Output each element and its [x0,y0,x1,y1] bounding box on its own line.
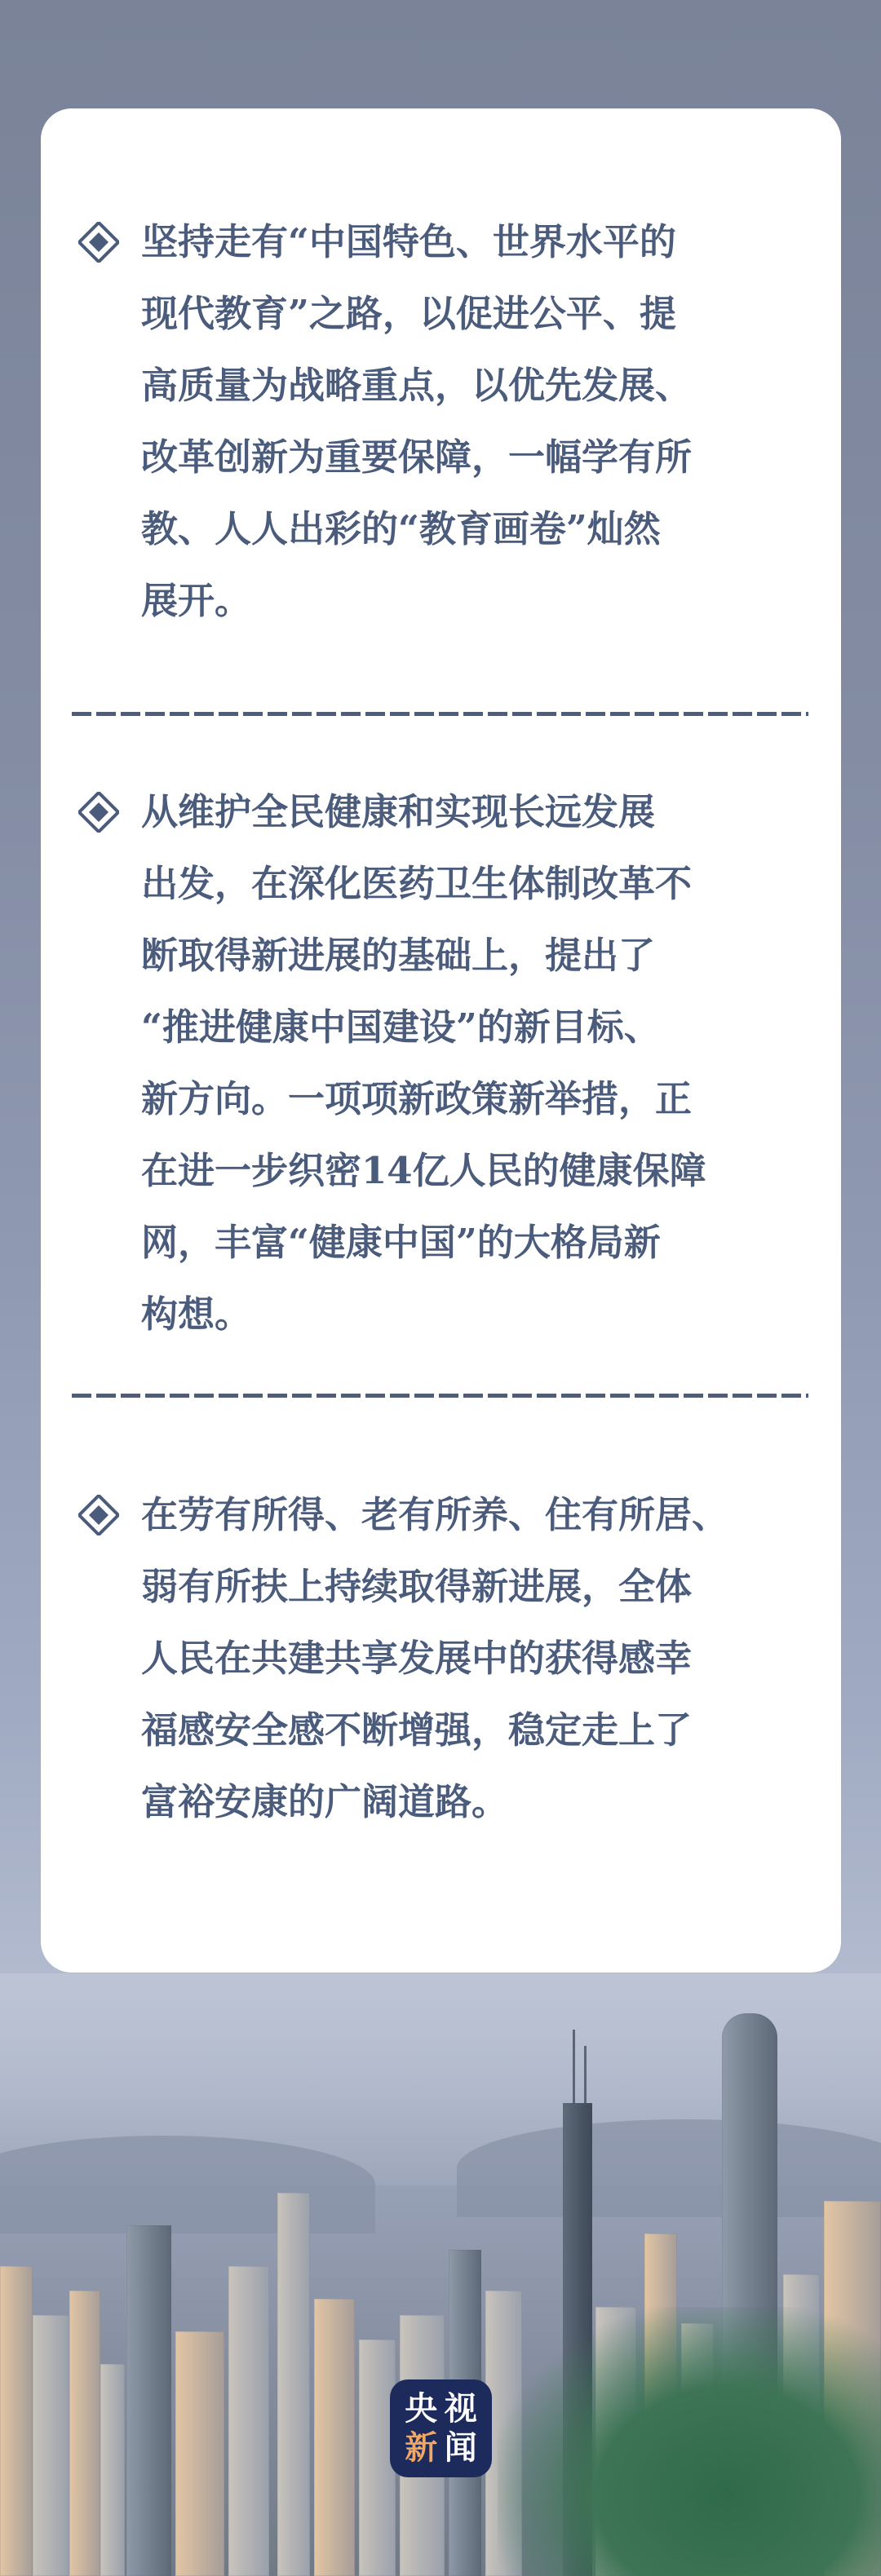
text-line: 教、人人出彩的“教育画卷”灿然 [141,493,773,565]
text-line: 断取得新进展的基础上，提出了 [141,920,773,992]
building [69,2291,100,2576]
text-line: 在进一步织密14亿人民的健康保障 [141,1135,773,1207]
spire [573,2030,575,2103]
text-line: 在劳有所得、老有所养、住有所居、 [141,1479,773,1551]
logo-char: 闻 [441,2428,481,2468]
building [100,2364,125,2576]
section-paragraph: 在劳有所得、老有所养、住有所居、 弱有所扶上持续取得新进展，全体 人民在共建共享… [141,1479,773,1838]
diamond-bullet-icon [78,1495,119,1535]
content-card: 坚持走有“中国特色、世界水平的 现代教育”之路，以促进公平、提 高质量为战略重点… [41,108,841,1973]
text-line: 新方向。一项项新政策新举措，正 [141,1063,773,1135]
text-line: 现代教育”之路，以促进公平、提 [141,278,773,350]
diamond-bullet-icon [78,222,119,263]
text-line: 构想。 [141,1279,773,1350]
building [175,2331,224,2576]
text-line: 福感安全感不断增强，稳定走上了 [141,1695,773,1766]
cctv-news-logo: 央 视 新 闻 [390,2379,492,2477]
text-line: “推进健康中国建设”的新目标、 [141,992,773,1063]
text-line: 坚持走有“中国特色、世界水平的 [141,206,773,278]
logo-char: 新 [401,2428,441,2468]
text-line: 出发，在深化医药卫生体制改革不 [141,848,773,920]
green-park [498,2307,881,2576]
building [314,2299,355,2576]
text-line: 人民在共建共享发展中的获得感幸 [141,1623,773,1695]
distant-mountain [457,2119,881,2217]
text-line: 从维护全民健康和实现长远发展 [141,776,773,848]
dashed-divider [72,712,808,716]
city-skyline-image [0,1973,881,2576]
text-line: 展开。 [141,565,773,637]
logo-char: 央 [401,2389,441,2428]
text-line: 弱有所扶上持续取得新进展，全体 [141,1551,773,1623]
tower [277,2193,310,2576]
logo-char: 视 [441,2389,481,2428]
text-line: 网，丰富“健康中国”的大格局新 [141,1207,773,1279]
building [228,2266,269,2576]
section-paragraph: 坚持走有“中国特色、世界水平的 现代教育”之路，以促进公平、提 高质量为战略重点… [141,206,773,637]
building [33,2315,69,2576]
spire [584,2046,587,2103]
text-line: 高质量为战略重点，以优先发展、 [141,350,773,422]
diamond-bullet-icon [78,792,119,833]
text-line: 改革创新为重要保障，一幅学有所 [141,422,773,493]
building [126,2225,171,2576]
section-paragraph: 从维护全民健康和实现长远发展 出发，在深化医药卫生体制改革不 断取得新进展的基础… [141,776,773,1350]
dashed-divider [72,1394,808,1398]
text-line: 富裕安康的广阔道路。 [141,1766,773,1838]
building [0,2266,33,2576]
